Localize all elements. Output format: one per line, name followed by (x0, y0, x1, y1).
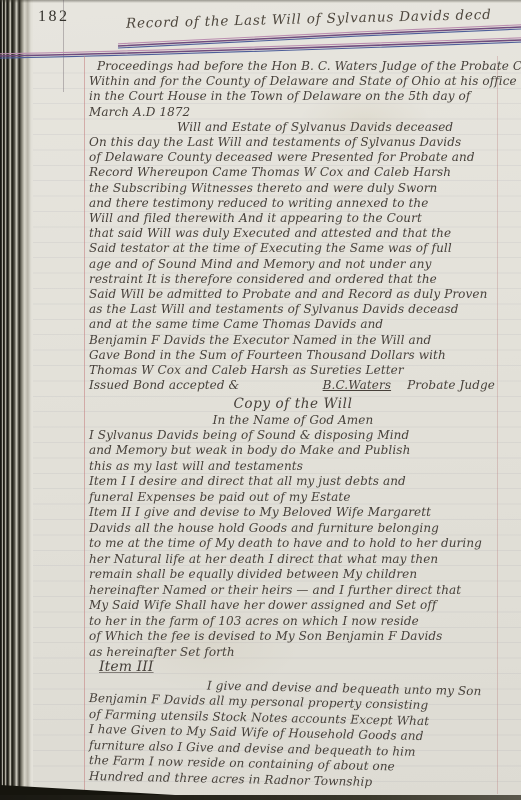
handwritten-line: the Subscribing Witnesses thereto and we… (89, 181, 497, 196)
handwritten-line: Record Whereupon Came Thomas W Cox and C… (89, 165, 497, 180)
handwritten-line: Within and for the County of Delaware an… (89, 74, 497, 89)
handwritten-line: as hereinafter Set forth (89, 645, 497, 661)
will-section-heading: Copy of the Will (89, 393, 497, 412)
bond-signature-line: Issued Bond accepted & B.C.Waters Probat… (89, 378, 497, 393)
record-body: Proceedings had before the Hon B. C. Wat… (89, 59, 497, 784)
handwritten-line: to her in the farm of 103 acres on which… (89, 614, 497, 630)
will-invocation: In the Name of God Amen (89, 413, 497, 428)
handwritten-line: I Sylvanus Davids being of Sound & dispo… (89, 428, 497, 444)
will-text: I Sylvanus Davids being of Sound & dispo… (89, 428, 497, 785)
handwritten-line: Will and filed therewith And it appearin… (89, 211, 497, 226)
judge-title: Probate Judge (407, 378, 495, 393)
handwritten-line: age and of Sound Mind and Memory and not… (89, 257, 497, 272)
page-title: Record of the Last Will of Sylvanus Davi… (126, 6, 520, 32)
handwritten-line: and there testimony reduced to writing a… (89, 196, 497, 211)
handwritten-line: My Said Wife Shall have her dower assign… (89, 598, 497, 614)
handwritten-line: her Natural life at her death I direct t… (89, 552, 497, 568)
handwritten-line: Item II I give and devise to My Beloved … (89, 505, 497, 521)
judge-signature-block: B.C.Waters Probate Judge (323, 378, 495, 393)
handwritten-line: Thomas W Cox and Caleb Harsh as Sureties… (89, 363, 497, 378)
handwritten-line: this as my last will and testaments (89, 459, 497, 475)
probate-proceedings-text: Proceedings had before the Hon B. C. Wat… (89, 59, 497, 378)
left-margin-line (84, 56, 85, 794)
handwritten-line: as the Last Will and testaments of Sylva… (89, 302, 497, 317)
handwritten-line: Item III (89, 660, 497, 676)
handwritten-line: funeral Expenses be paid out of my Estat… (89, 490, 497, 506)
handwritten-line: and at the same time Came Thomas Davids … (89, 317, 497, 332)
handwritten-line: hereinafter Named or their heirs — and I… (89, 583, 497, 599)
handwritten-line: to me at the time of My death to have an… (89, 536, 497, 552)
right-margin-line (497, 56, 498, 794)
handwritten-line: Proceedings had before the Hon B. C. Wat… (89, 59, 497, 74)
handwritten-line: in the Court House in the Town of Delawa… (89, 89, 497, 104)
page-bottom-edge (0, 795, 521, 800)
handwritten-line: Will and Estate of Sylvanus Davids decea… (89, 120, 497, 135)
page-number: 182 (38, 8, 70, 26)
handwritten-line: restraint It is therefore considered and… (89, 272, 497, 287)
page-top-shadow (0, 0, 521, 3)
judge-signature: B.C.Waters (323, 378, 391, 393)
book-binding-edge (0, 0, 33, 800)
handwritten-line: of Which the fee is devised to My Son Be… (89, 629, 497, 645)
handwritten-line: remain shall be equally divided between … (89, 567, 497, 583)
handwritten-line: Said testator at the time of Executing t… (89, 241, 497, 256)
handwritten-line: Gave Bond in the Sum of Fourteen Thousan… (89, 348, 497, 363)
handwritten-line: of Delaware County deceased were Present… (89, 150, 497, 165)
handwritten-line: Benjamin F Davids the Executor Named in … (89, 333, 497, 348)
bond-accepted-text: Issued Bond accepted & (89, 378, 239, 393)
handwritten-line: Said Will be admitted to Probate and and… (89, 287, 497, 302)
handwritten-line: and Memory but weak in body do Make and … (89, 443, 497, 459)
handwritten-line: On this day the Last Will and testaments… (89, 135, 497, 150)
handwritten-line: Item I I desire and direct that all my j… (89, 474, 497, 490)
handwritten-line: Davids all the house hold Goods and furn… (89, 521, 497, 537)
handwritten-line: that said Will was duly Executed and att… (89, 226, 497, 241)
ledger-page: 182 Record of the Last Will of Sylvanus … (0, 0, 521, 800)
handwritten-line: March A.D 1872 (89, 105, 497, 120)
